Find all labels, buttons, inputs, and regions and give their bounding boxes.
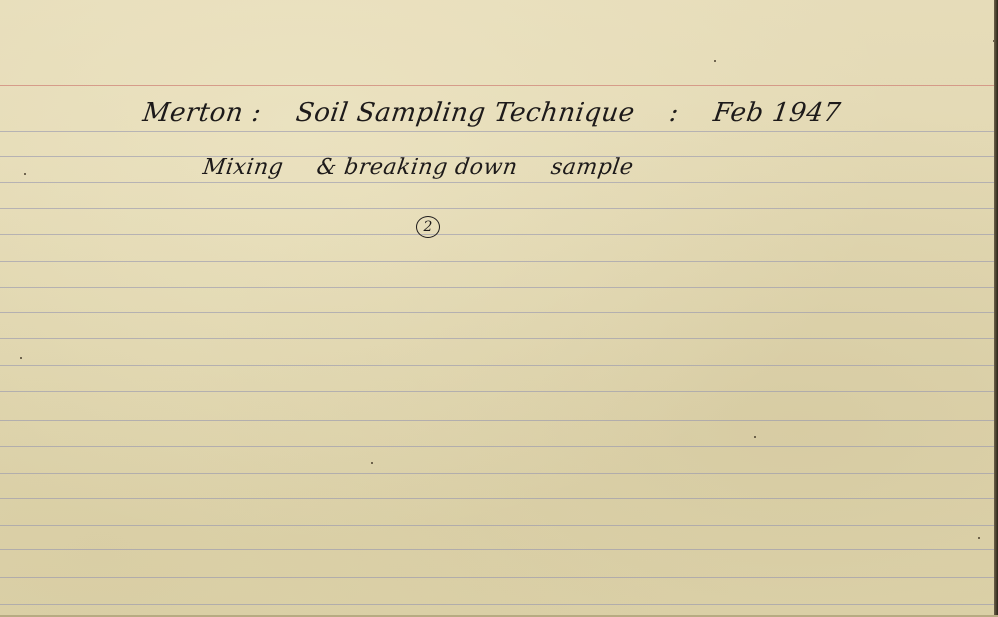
- ruled-line: [0, 420, 994, 421]
- subheading-part: sample: [549, 155, 635, 180]
- ruled-line: [0, 446, 994, 447]
- ruled-line: [0, 312, 994, 313]
- heading-date: Feb 1947: [711, 98, 842, 128]
- circled-page-number: 2: [416, 216, 440, 238]
- ruled-line: [0, 498, 994, 499]
- ruled-line: [0, 577, 994, 578]
- paper-speck: [714, 60, 716, 62]
- paper-speck: [754, 436, 756, 438]
- card-subheading: Mixing & breaking down sample: [201, 155, 661, 180]
- ruled-line: [0, 261, 994, 262]
- paper-speck: [978, 537, 980, 539]
- ruled-line: [0, 234, 994, 235]
- header-red-rule: [0, 85, 994, 86]
- ruled-line: [0, 208, 994, 209]
- card-heading: Merton : Soil Sampling Technique : Feb 1…: [141, 98, 869, 128]
- index-card: Merton : Soil Sampling Technique : Feb 1…: [0, 0, 998, 617]
- ruled-line: [0, 525, 994, 526]
- ruled-line: [0, 338, 994, 339]
- ruled-line: [0, 287, 994, 288]
- ruled-line: [0, 365, 994, 366]
- ruled-line: [0, 604, 994, 605]
- ruled-line: [0, 473, 994, 474]
- ruled-line: [0, 549, 994, 550]
- subheading-part: Mixing: [201, 155, 285, 180]
- paper-speck: [371, 462, 373, 464]
- heading-topic: Soil Sampling Technique: [294, 98, 637, 128]
- ruled-line: [0, 131, 994, 132]
- heading-author: Merton :: [141, 98, 264, 128]
- card-right-edge: [994, 0, 998, 617]
- heading-separator: :: [667, 98, 680, 128]
- ruled-line: [0, 182, 994, 183]
- ruled-line: [0, 391, 994, 392]
- paper-speck: [20, 357, 22, 359]
- subheading-part: & breaking down: [315, 155, 519, 180]
- paper-speck: [24, 173, 26, 175]
